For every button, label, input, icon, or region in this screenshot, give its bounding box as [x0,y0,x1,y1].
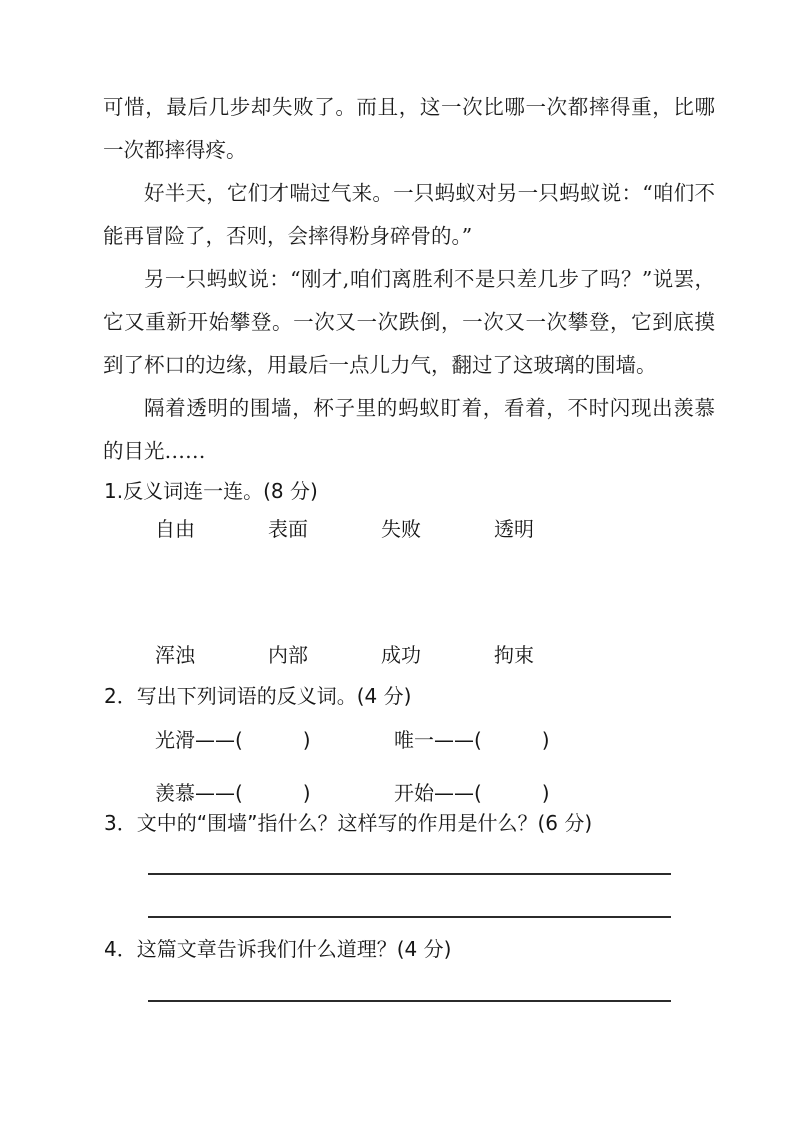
match-words-bottom-row: 浑浊 内部 成功 拘束 [103,641,715,669]
reading-passage: 可惜，最后几步却失败了。而且，这一次比哪一次都摔得重，比哪一次都摔得疼。 好半天… [103,86,715,473]
match-word[interactable]: 浑浊 [155,641,268,669]
antonym-blank[interactable]: 唯一——( ) [394,726,550,754]
passage-paragraph: 隔着透明的围墙，杯子里的蚂蚁盯着，看着，不时闪现出羡慕的目光…… [103,387,715,473]
passage-paragraph: 好半天，它们才喘过气来。一只蚂蚁对另一只蚂蚁说：“咱们不能再冒险了，否则，会摔得… [103,172,715,258]
worksheet-page: 可惜，最后几步却失败了。而且，这一次比哪一次都摔得重，比哪一次都摔得疼。 好半天… [0,0,793,1122]
match-word[interactable]: 成功 [381,641,494,669]
antonym-row: 光滑——( ) 唯一——( ) [103,726,715,756]
match-word[interactable]: 内部 [268,641,381,669]
antonym-blank[interactable]: 开始——( ) [394,779,550,807]
question-4-title: 4．这篇文章告诉我们什么道理？(4 分) [104,935,744,963]
match-word[interactable]: 透明 [494,515,607,543]
passage-paragraph: 另一只蚂蚁说：“刚才,咱们离胜利不是只差几步了吗？”说罢，它又重新开始攀登。一次… [103,258,715,387]
antonym-blank[interactable]: 光滑——( ) [155,726,311,754]
question-1-title: 1.反义词连一连。(8 分) [104,477,744,505]
antonym-row: 羡慕——( ) 开始——( ) [103,779,715,809]
match-word[interactable]: 失败 [381,515,494,543]
question-2-title: 2．写出下列词语的反义词。(4 分) [104,682,744,710]
passage-paragraph: 可惜，最后几步却失败了。而且，这一次比哪一次都摔得重，比哪一次都摔得疼。 [103,86,715,172]
answer-line[interactable] [148,873,671,875]
match-words-top-row: 自由 表面 失败 透明 [103,515,715,543]
match-word[interactable]: 表面 [268,515,381,543]
match-word[interactable]: 拘束 [494,641,607,669]
match-word[interactable]: 自由 [155,515,268,543]
antonym-blank[interactable]: 羡慕——( ) [155,779,311,807]
answer-line[interactable] [148,916,671,918]
answer-line[interactable] [148,1000,671,1002]
question-3-title: 3．文中的“围墙”指什么？这样写的作用是什么？(6 分) [104,809,744,837]
